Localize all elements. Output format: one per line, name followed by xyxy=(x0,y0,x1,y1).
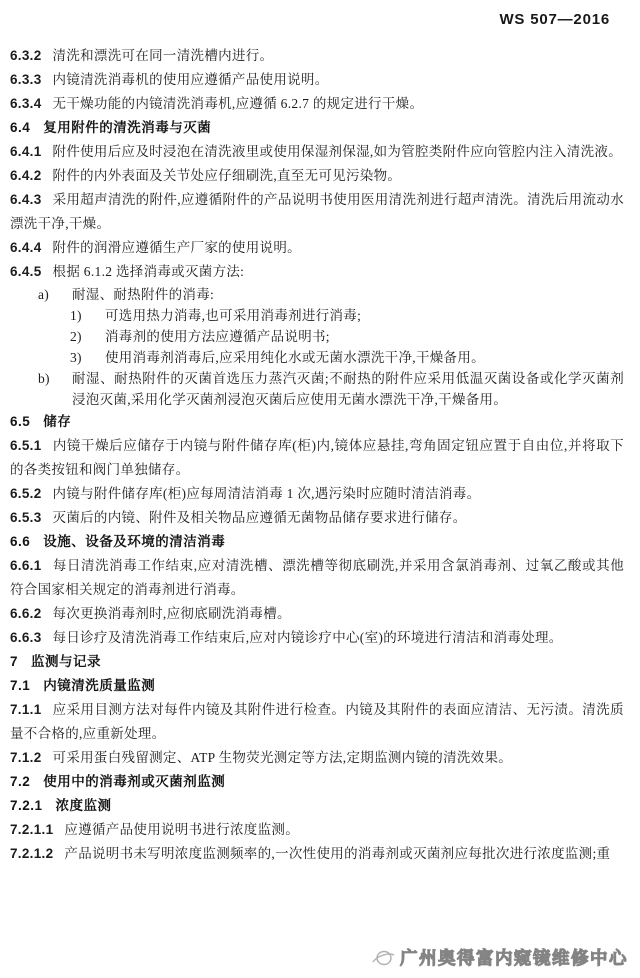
item-text: 每日诊疗及清洗消毒工作结束后,应对内镜诊疗中心(室)的环境进行清洁和消毒处理。 xyxy=(53,630,563,645)
list-item-letter-b: b)耐湿、耐热附件的灭菌首选压力蒸汽灭菌;不耐热的附件应采用低温灭菌设备或化学灭… xyxy=(10,368,624,410)
item-number: 6.5.2 xyxy=(10,486,42,501)
item-text: 储存 xyxy=(43,414,71,429)
item-text: 内镜与附件储存库(柜)应每周清洁消毒 1 次,遇污染时应随时清洁消毒。 xyxy=(53,486,481,501)
item-number: 1) xyxy=(70,305,105,326)
item-number: 6.6 xyxy=(10,534,30,549)
item-number: 7.2.1.1 xyxy=(10,822,53,837)
item-number: 6.4.3 xyxy=(10,192,42,207)
item-number: 7.1.1 xyxy=(10,702,42,717)
item-number: 6.4.2 xyxy=(10,168,42,183)
section-heading-7.2.1: 7.2.1浓度监测 xyxy=(10,794,624,818)
item-number: 3) xyxy=(70,347,105,368)
item-text: 使用消毒剂消毒后,应采用纯化水或无菌水漂洗干净,干燥备用。 xyxy=(105,347,624,368)
clause-6.3.3: 6.3.3内镜清洗消毒机的使用应遵循产品使用说明。 xyxy=(10,68,624,92)
watermark: 广州奥得富内窥镜维修中心 xyxy=(371,945,628,970)
clause-6.5.2: 6.5.2内镜与附件储存库(柜)应每周清洁消毒 1 次,遇污染时应随时清洁消毒。 xyxy=(10,482,624,506)
item-number: 6.6.2 xyxy=(10,606,42,621)
item-text: 附件使用后应及时浸泡在清洗液里或使用保湿剂保湿,如为管腔类附件应向管腔内注入清洗… xyxy=(53,144,622,159)
list-item-number-2: 2)消毒剂的使用方法应遵循产品说明书; xyxy=(10,326,624,347)
item-number: b) xyxy=(38,368,72,410)
item-number: 6.5.3 xyxy=(10,510,42,525)
clause-6.3.2: 6.3.2清洗和漂洗可在同一清洗槽内进行。 xyxy=(10,44,624,68)
item-text: 无干燥功能的内镜清洗消毒机,应遵循 6.2.7 的规定进行干燥。 xyxy=(53,96,424,111)
clause-6.4.3: 6.4.3采用超声清洗的附件,应遵循附件的产品说明书使用医用清洗剂进行超声清洗。… xyxy=(10,188,624,236)
clause-6.4.5: 6.4.5根据 6.1.2 选择消毒或灭菌方法: xyxy=(10,260,624,284)
item-number: 7 xyxy=(10,654,18,669)
item-number: 6.5.1 xyxy=(10,438,42,453)
document-page: WS 507—2016 6.3.2清洗和漂洗可在同一清洗槽内进行。6.3.3内镜… xyxy=(0,0,640,978)
item-text: 灭菌后的内镜、附件及相关物品应遵循无菌物品储存要求进行储存。 xyxy=(53,510,467,525)
clause-6.6.1: 6.6.1每日清洗消毒工作结束,应对清洗槽、漂洗槽等彻底刷洗,并采用含氯消毒剂、… xyxy=(10,554,624,602)
item-text: 设施、设备及环境的清洁消毒 xyxy=(43,534,225,549)
item-text: 清洗和漂洗可在同一清洗槽内进行。 xyxy=(53,48,274,63)
item-number: 6.4.4 xyxy=(10,240,42,255)
clause-7.1.2: 7.1.2可采用蛋白残留测定、ATP 生物荧光测定等方法,定期监测内镜的清洗效果… xyxy=(10,746,624,770)
list-item-number-3: 3)使用消毒剂消毒后,应采用纯化水或无菌水漂洗干净,干燥备用。 xyxy=(10,347,624,368)
clause-6.3.4: 6.3.4无干燥功能的内镜清洗消毒机,应遵循 6.2.7 的规定进行干燥。 xyxy=(10,92,624,116)
watermark-text: 广州奥得富内窥镜维修中心 xyxy=(400,945,628,970)
item-text: 产品说明书未写明浓度监测频率的,一次性使用的消毒剂或灭菌剂应每批次进行浓度监测;… xyxy=(64,846,610,861)
document-body: 6.3.2清洗和漂洗可在同一清洗槽内进行。6.3.3内镜清洗消毒机的使用应遵循产… xyxy=(0,0,640,866)
doc-number: WS 507—2016 xyxy=(499,11,610,28)
item-text: 可选用热力消毒,也可采用消毒剂进行消毒; xyxy=(105,305,624,326)
item-text: 耐湿、耐热附件的消毒: xyxy=(72,284,624,305)
section-heading-6.5: 6.5储存 xyxy=(10,410,624,434)
item-text: 根据 6.1.2 选择消毒或灭菌方法: xyxy=(53,264,245,279)
section-heading-7.1: 7.1内镜清洗质量监测 xyxy=(10,674,624,698)
item-text: 监测与记录 xyxy=(31,654,101,669)
item-number: 6.5 xyxy=(10,414,30,429)
item-number: 7.1 xyxy=(10,678,30,693)
item-text: 应遵循产品使用说明书进行浓度监测。 xyxy=(64,822,299,837)
item-number: 6.6.1 xyxy=(10,558,42,573)
item-text: 内镜清洗消毒机的使用应遵循产品使用说明。 xyxy=(53,72,329,87)
item-number: 6.3.2 xyxy=(10,48,42,63)
item-number: 6.6.3 xyxy=(10,630,42,645)
clause-6.4.4: 6.4.4附件的润滑应遵循生产厂家的使用说明。 xyxy=(10,236,624,260)
section-heading-6.6: 6.6设施、设备及环境的清洁消毒 xyxy=(10,530,624,554)
item-number: 6.4.5 xyxy=(10,264,42,279)
item-text: 附件的内外表面及关节处应仔细刷洗,直至无可见污染物。 xyxy=(53,168,402,183)
section-heading-6.4: 6.4复用附件的清洗消毒与灭菌 xyxy=(10,116,624,140)
item-text: 附件的润滑应遵循生产厂家的使用说明。 xyxy=(53,240,301,255)
item-text: 耐湿、耐热附件的灭菌首选压力蒸汽灭菌;不耐热的附件应采用低温灭菌设备或化学灭菌剂… xyxy=(72,368,624,410)
item-text: 每日清洗消毒工作结束,应对清洗槽、漂洗槽等彻底刷洗,并采用含氯消毒剂、过氧乙酸或… xyxy=(10,558,624,597)
clause-6.6.3: 6.6.3每日诊疗及清洗消毒工作结束后,应对内镜诊疗中心(室)的环境进行清洁和消… xyxy=(10,626,624,650)
item-text: 复用附件的清洗消毒与灭菌 xyxy=(43,120,211,135)
clause-6.5.3: 6.5.3灭菌后的内镜、附件及相关物品应遵循无菌物品储存要求进行储存。 xyxy=(10,506,624,530)
clause-6.4.2: 6.4.2附件的内外表面及关节处应仔细刷洗,直至无可见污染物。 xyxy=(10,164,624,188)
item-number: 6.4.1 xyxy=(10,144,42,159)
clause-6.5.1: 6.5.1内镜干燥后应储存于内镜与附件储存库(柜)内,镜体应悬挂,弯角固定钮应置… xyxy=(10,434,624,482)
item-number: 6.4 xyxy=(10,120,30,135)
item-number: a) xyxy=(38,284,72,305)
item-text: 浓度监测 xyxy=(56,798,112,813)
watermark-swoosh-icon xyxy=(371,948,395,968)
clause-7.2.1.2: 7.2.1.2产品说明书未写明浓度监测频率的,一次性使用的消毒剂或灭菌剂应每批次… xyxy=(10,842,624,866)
item-text: 可采用蛋白残留测定、ATP 生物荧光测定等方法,定期监测内镜的清洗效果。 xyxy=(53,750,513,765)
item-number: 7.2.1 xyxy=(10,798,43,813)
chapter-heading-7: 7监测与记录 xyxy=(10,650,624,674)
clause-7.1.1: 7.1.1应采用目测方法对每件内镜及其附件进行检查。内镜及其附件的表面应清洁、无… xyxy=(10,698,624,746)
clause-7.2.1.1: 7.2.1.1应遵循产品使用说明书进行浓度监测。 xyxy=(10,818,624,842)
item-number: 2) xyxy=(70,326,105,347)
clause-6.4.1: 6.4.1附件使用后应及时浸泡在清洗液里或使用保湿剂保湿,如为管腔类附件应向管腔… xyxy=(10,140,624,164)
item-text: 内镜清洗质量监测 xyxy=(43,678,155,693)
item-number: 6.3.4 xyxy=(10,96,42,111)
item-number: 7.2.1.2 xyxy=(10,846,53,861)
item-number: 7.1.2 xyxy=(10,750,42,765)
list-item-number-1: 1)可选用热力消毒,也可采用消毒剂进行消毒; xyxy=(10,305,624,326)
item-text: 内镜干燥后应储存于内镜与附件储存库(柜)内,镜体应悬挂,弯角固定钮应置于自由位,… xyxy=(10,438,624,477)
item-number: 6.3.3 xyxy=(10,72,42,87)
clause-6.6.2: 6.6.2每次更换消毒剂时,应彻底刷洗消毒槽。 xyxy=(10,602,624,626)
item-number: 7.2 xyxy=(10,774,30,789)
list-item-letter-a: a)耐湿、耐热附件的消毒: xyxy=(10,284,624,305)
item-text: 应采用目测方法对每件内镜及其附件进行检查。内镜及其附件的表面应清洁、无污渍。清洗… xyxy=(10,702,624,741)
item-text: 每次更换消毒剂时,应彻底刷洗消毒槽。 xyxy=(53,606,291,621)
item-text: 消毒剂的使用方法应遵循产品说明书; xyxy=(105,326,624,347)
section-heading-7.2: 7.2使用中的消毒剂或灭菌剂监测 xyxy=(10,770,624,794)
item-text: 使用中的消毒剂或灭菌剂监测 xyxy=(43,774,225,789)
item-text: 采用超声清洗的附件,应遵循附件的产品说明书使用医用清洗剂进行超声清洗。清洗后用流… xyxy=(10,192,624,231)
